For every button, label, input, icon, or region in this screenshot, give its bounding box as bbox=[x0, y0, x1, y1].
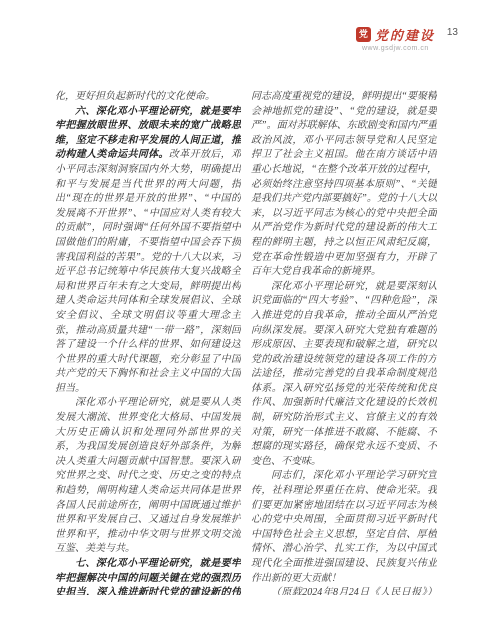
magazine-title: 党的建设 bbox=[375, 25, 435, 44]
paragraph: 同志们，深化邓小平理论学习研究宣传，社科理论界重任在肩、使命光荣。我们要更加紧密… bbox=[251, 469, 437, 586]
paragraph: 深化邓小平理论研究，就是要深刻认识党面临的“四大考验”、“四种危险”，深入推进党… bbox=[251, 280, 437, 470]
body-text: 同志们，深化邓小平理论学习研究宣传，社科理论界重任在肩、使命光荣。我们要更加紧密… bbox=[251, 470, 437, 583]
body-text: 改革开放后，邓小平同志深刻洞察国内外大势，明确提出和平与发展是当代世界的两大问题… bbox=[55, 149, 241, 394]
paragraph: 六、深化邓小平理论研究，就是要牢牢把握放眼世界、放眼未来的宽广战略思维，坚定不移… bbox=[55, 105, 241, 397]
article-content: 化，更好担负起新时代的文化使命。六、深化邓小平理论研究，就是要牢牢把握放眼世界、… bbox=[55, 90, 437, 595]
paragraph: 深化邓小平理论研究，就是要从人类发展大潮流、世界变化大格局、中国发展大历史正确认… bbox=[55, 396, 241, 557]
body-text: 深化邓小平理论研究，就是要从人类发展大潮流、世界变化大格局、中国发展大历史正确认… bbox=[55, 397, 241, 554]
body-text: 同志高度重视党的建设，鲜明提出“要聚精会神地抓党的建设”、“党的建设，就是要严”… bbox=[251, 91, 437, 277]
paragraph: （原载2024年8月24日《人民日报》） bbox=[251, 586, 437, 595]
column-left: 化，更好担负起新时代的文化使命。六、深化邓小平理论研究，就是要牢牢把握放眼世界、… bbox=[55, 90, 241, 595]
page-number: 13 bbox=[447, 27, 458, 38]
body-text: 化，更好担负起新时代的文化使命。 bbox=[55, 91, 215, 102]
column-right: 同志高度重视党的建设，鲜明提出“要聚精会神地抓党的建设”、“党的建设，就是要严”… bbox=[251, 90, 437, 595]
paragraph: 七、深化邓小平理论研究，就是要牢牢把握解决中国的问题关键在党的强烈历史担当，深入… bbox=[55, 557, 241, 595]
body-text: 深化邓小平理论研究，就是要深刻认识党面临的“四大考验”、“四种危险”，深入推进党… bbox=[251, 281, 437, 467]
website-url: www.gsdjw.com.cn bbox=[356, 45, 435, 52]
section-heading-text: 七、深化邓小平理论研究，就是要牢牢把握解决中国的问题关键在党的强烈历史担当，深入… bbox=[55, 558, 241, 595]
paragraph: 化，更好担负起新时代的文化使命。 bbox=[55, 90, 241, 105]
paragraph: 同志高度重视党的建设，鲜明提出“要聚精会神地抓党的建设”、“党的建设，就是要严”… bbox=[251, 90, 437, 280]
magazine-page: 党 党的建设 www.gsdjw.com.cn 13 化，更好担负起新时代的文化… bbox=[0, 0, 484, 640]
magazine-logo: 党 党的建设 www.gsdjw.com.cn bbox=[356, 25, 435, 52]
page-header: 党 党的建设 www.gsdjw.com.cn 13 bbox=[356, 25, 458, 52]
body-text: （原载2024年8月24日《人民日报》） bbox=[271, 587, 437, 595]
party-seal-icon: 党 bbox=[356, 27, 371, 42]
